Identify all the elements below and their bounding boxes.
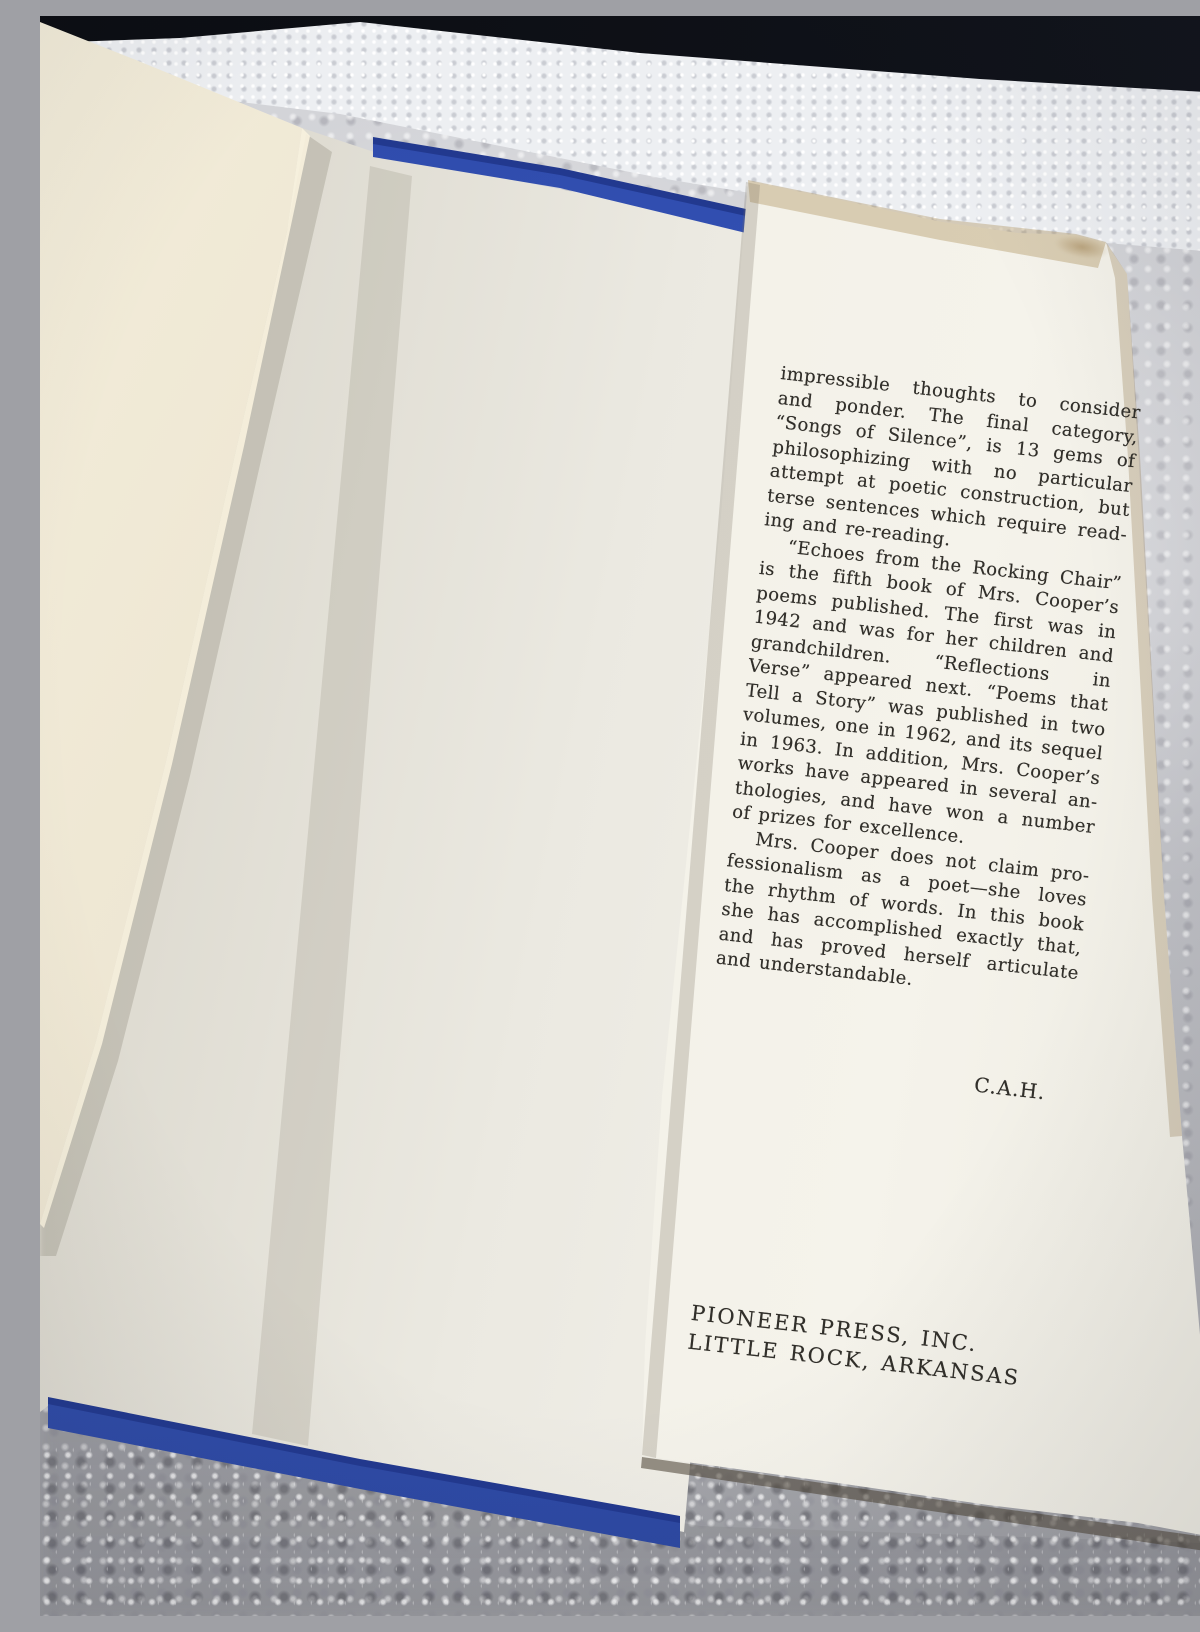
book-photograph: impressible thoughts to considerand pond… — [40, 16, 1200, 1616]
flap-paragraphs: impressible thoughts to considerand pond… — [715, 362, 1142, 1011]
flap-signature: C.A.H. — [704, 1042, 1067, 1106]
flap-paragraph: “Echoes from the Rocking Chair”is the fi… — [731, 532, 1123, 864]
